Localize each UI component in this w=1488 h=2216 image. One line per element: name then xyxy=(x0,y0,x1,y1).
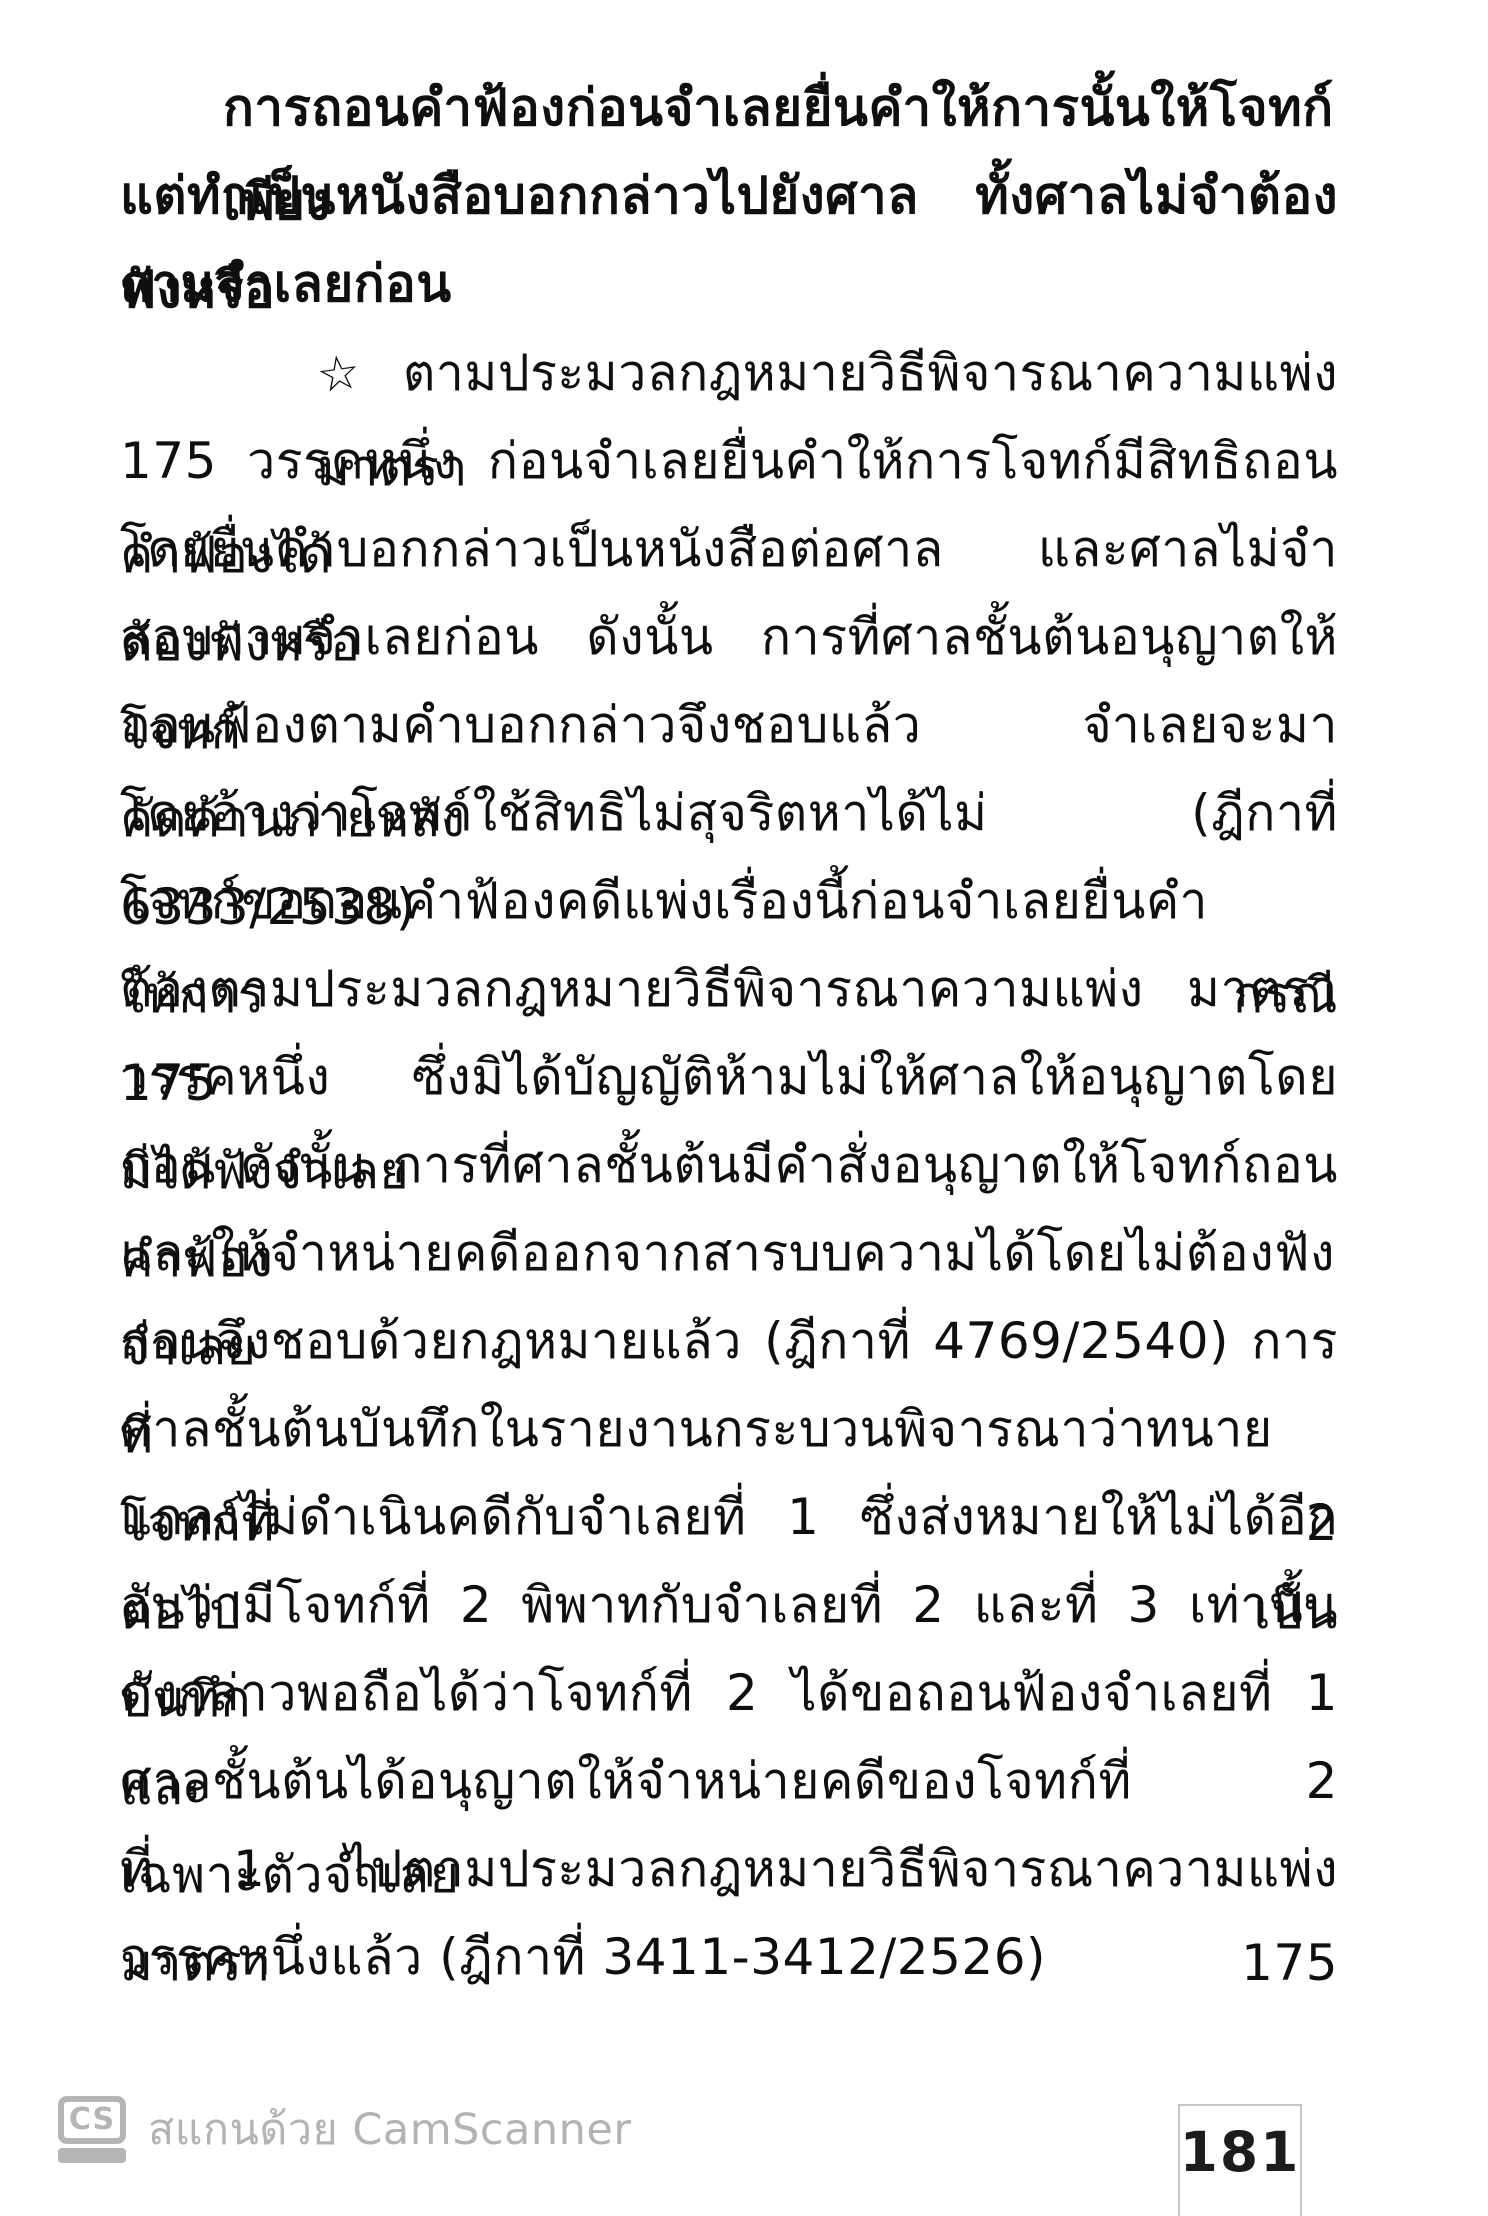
body-line: อันว่ามีโจทก์ที่ 2 พิพาทกับจำเลยที่ 2 แล… xyxy=(120,1558,1338,1646)
body-line: ก่อนจึงชอบด้วยกฎหมายแล้ว (ฎีกาที่ 4769/2… xyxy=(120,1294,1338,1382)
body-line: 175 วรรคหนึ่ง ก่อนจำเลยยื่นคำให้การโจทก์… xyxy=(120,414,1338,502)
camscanner-logo-text: CS xyxy=(69,2102,115,2137)
heading-line: ถามจำเลยก่อน xyxy=(120,238,1338,326)
body-line: วรรคหนึ่ง ซึ่งมิได้บัญญัติห้ามไม่ให้ศาลใ… xyxy=(120,1030,1338,1118)
body-line: ที่ 1 ไปตามประมวลกฎหมายวิธีพิจารณาความแพ… xyxy=(120,1822,1338,1910)
body-line: ☆ ตามประมวลกฎหมายวิธีพิจารณาความแพ่ง มาต… xyxy=(120,326,1338,414)
body-line: ศาลชั้นต้นได้อนุญาตให้จำหน่ายคดีของโจทก์… xyxy=(120,1734,1338,1822)
body-line: ศาลชั้นต้นบันทึกในรายงานกระบวนพิจารณาว่า… xyxy=(120,1382,1338,1470)
camscanner-logo-icon: CS xyxy=(58,2096,126,2163)
page-number: 181 xyxy=(1180,2120,1301,2184)
body-line: แถลงไม่ดำเนินคดีกับจำเลยที่ 1 ซึ่งส่งหมา… xyxy=(120,1470,1338,1558)
star-bullet-icon: ☆ xyxy=(311,324,367,423)
heading-line: แต่ทำเป็นหนังสือบอกกล่าวไปยังศาล ทั้งศาล… xyxy=(120,150,1338,238)
body-line: ก่อน ดังนั้น การที่ศาลชั้นต้นมีคำสั่งอนุ… xyxy=(120,1118,1338,1206)
heading-line: การถอนคำฟ้องก่อนจำเลยยื่นคำให้การนั้นให้… xyxy=(120,62,1338,150)
camscanner-logo-bar xyxy=(58,2148,126,2163)
body-line: ต้องตามประมวลกฎหมายวิธีพิจารณาความแพ่ง ม… xyxy=(120,942,1338,1030)
page-number-box: 181 xyxy=(1178,2104,1302,2216)
body-line: โดยยื่นคำบอกกล่าวเป็นหนังสือต่อศาล และศา… xyxy=(120,502,1338,590)
body-line: โจทก์ขอถอนคำฟ้องคดีแพ่งเรื่องนี้ก่อนจำเล… xyxy=(120,854,1338,942)
heading-paragraph: การถอนคำฟ้องก่อนจำเลยยื่นคำให้การนั้นให้… xyxy=(120,62,1338,326)
camscanner-watermark: CS สแกนด้วย CamScanner xyxy=(58,2094,632,2164)
body-paragraph: ☆ ตามประมวลกฎหมายวิธีพิจารณาความแพ่ง มาต… xyxy=(120,326,1338,1998)
body-line: ดังกล่าวพอถือได้ว่าโจทก์ที่ 2 ได้ขอถอนฟ้… xyxy=(120,1646,1338,1734)
body-line: โดยอ้างว่าโจทก์ใช้สิทธิไม่สุจริตหาได้ไม่… xyxy=(120,766,1338,854)
body-line: ถอนฟ้องตามคำบอกกล่าวจึงชอบแล้ว จำเลยจะมา… xyxy=(120,678,1338,766)
camscanner-watermark-text: สแกนด้วย CamScanner xyxy=(148,2095,632,2163)
body-line: และให้จำหน่ายคดีออกจากสารบบความได้โดยไม่… xyxy=(120,1206,1338,1294)
body-line: สอบถามจำเลยก่อน ดังนั้น การที่ศาลชั้นต้น… xyxy=(120,590,1338,678)
page-content: การถอนคำฟ้องก่อนจำเลยยื่นคำให้การนั้นให้… xyxy=(120,62,1338,1998)
